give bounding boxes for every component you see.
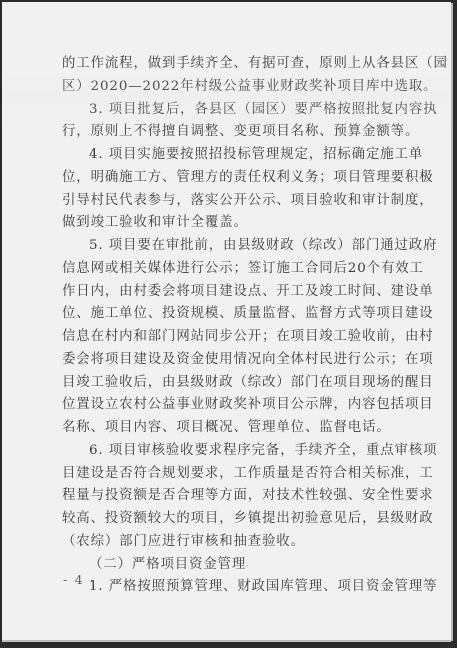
document-page: 的工作流程，做到手续齐全、有据可查，原则上从各县区（园 区）2020—2022年… <box>2 2 451 640</box>
text-line: 位置设立农村公益事业财政奖补项目公示牌，内容包括项目 <box>62 394 388 417</box>
text-line: 程量与投资额是否合理等方面，对技术性较强、安全性要求 <box>62 485 388 508</box>
text-line: 作日内，由村委会将项目建设点、开工及竣工时间、建设单 <box>62 281 388 304</box>
text-line: 行，原则上不得擅自调整、变更项目名称、预算金额等。 <box>62 121 388 144</box>
text-line: 5. 项目要在审批前，由县级财政（综改）部门通过政府 <box>62 235 388 258</box>
text-line: 的工作流程，做到手续齐全、有据可查，原则上从各县区（园 <box>62 53 388 76</box>
body-text: 的工作流程，做到手续齐全、有据可查，原则上从各县区（园 区）2020—2022年… <box>62 53 388 599</box>
text-line: 位、施工单位、投资规模、质量监督、监督方式等项目建设 <box>62 303 388 326</box>
text-line: 目竣工验收后，由县级财政（综改）部门在项目现场的醒目 <box>62 372 388 395</box>
text-line: 信息在村内和部门网站同步公开；在项目竣工验收前，由村 <box>62 326 388 349</box>
text-line: 做到竣工验收和审计全覆盖。 <box>62 212 388 235</box>
page-number: - 4 - <box>63 573 96 587</box>
text-line: 较高、投资额较大的项目，乡镇提出初验意见后，县级财政 <box>62 508 388 531</box>
text-line: 委会将项目建设及资金使用情况向全体村民进行公示；在项 <box>62 349 388 372</box>
text-line: 目建设是否符合规划要求，工作质量是否符合相关标准，工 <box>62 463 388 486</box>
text-line: 信息网或相关媒体进行公示；签订施工合同后20个有效工 <box>62 258 388 281</box>
text-line: 1. 严格按照预算管理、财政国库管理、项目资金管理等 <box>62 576 388 599</box>
text-line: 4. 项目实施要按照招投标管理规定，招标确定施工单 <box>62 144 388 167</box>
text-line: 3. 项目批复后，各县区（园区）要严格按照批复内容执 <box>62 99 388 122</box>
section-heading: （二）严格项目资金管理 <box>62 554 388 577</box>
text-line: 名称、项目内容、项目概况、管理单位、监督电话。 <box>62 417 388 440</box>
text-line: 位，明确施工方、管理方的责任权利义务；项目管理要积极 <box>62 167 388 190</box>
text-line: 引导村民代表参与，落实公开公示、项目验收和审计制度， <box>62 190 388 213</box>
text-line: 区）2020—2022年村级公益事业财政奖补项目库中选取。 <box>62 76 388 99</box>
text-line: （农综）部门应进行审核和抽查验收。 <box>62 531 388 554</box>
text-line: 6. 项目审核验收要求程序完备，手续齐全，重点审核项 <box>62 440 388 463</box>
